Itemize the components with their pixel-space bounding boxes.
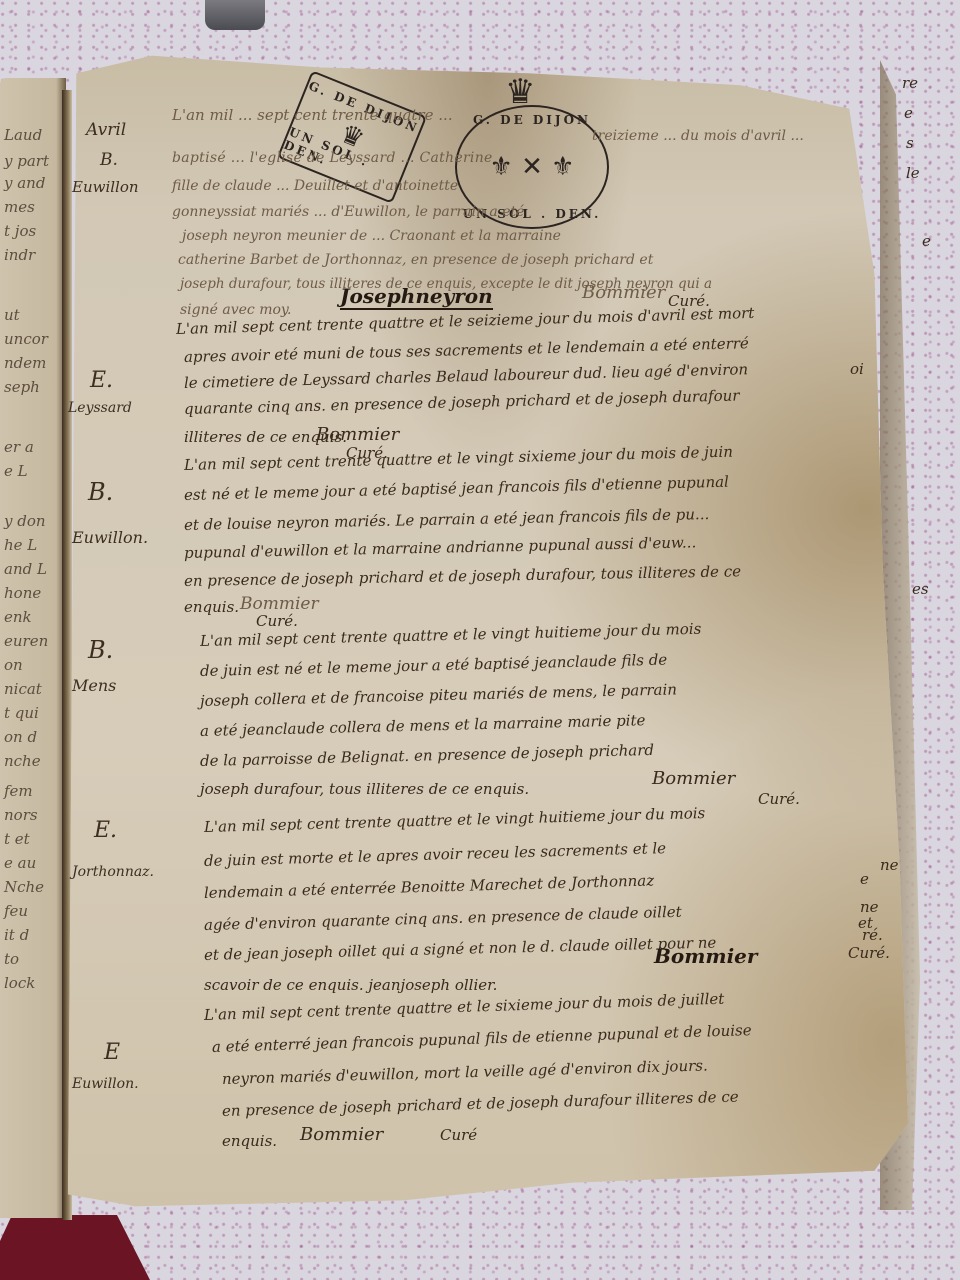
entry-line: joseph durafour, tous illiteres de ce en… bbox=[200, 780, 529, 798]
margin-note: Euwillon bbox=[72, 178, 139, 196]
entry-line: baptisé ... l'eglise de Leyssard ... Cat… bbox=[172, 150, 493, 166]
left-fragment: euren bbox=[4, 632, 48, 650]
signature-joseph-neyron: Josephneyron bbox=[340, 284, 493, 310]
left-fragment: y don bbox=[4, 512, 46, 530]
left-fragment: uncor bbox=[4, 330, 48, 348]
margin-note-place: Jorthonnaz. bbox=[72, 864, 154, 880]
left-fragment: e L bbox=[4, 462, 28, 480]
entry-line: enquis. bbox=[184, 598, 239, 616]
margin-note-place: Euwillon. bbox=[72, 528, 148, 547]
left-fragment: enk bbox=[4, 608, 32, 626]
cure-title: Curé. bbox=[848, 944, 890, 962]
right-fragment: e bbox=[922, 232, 931, 250]
left-fragment: to bbox=[4, 950, 19, 968]
entry-line: fille de claude ... Deuillet et d'antoin… bbox=[172, 178, 458, 194]
signature-bommier: Bommier bbox=[652, 768, 735, 789]
margin-note: Avril bbox=[86, 120, 126, 140]
right-fragment: re bbox=[902, 74, 918, 92]
left-fragment: ut bbox=[4, 306, 20, 324]
margin-note-type: E. bbox=[90, 368, 113, 393]
right-fragment: oi bbox=[850, 360, 864, 378]
fleur-de-lis-icon: ⚜ ✕ ⚜ bbox=[490, 152, 575, 182]
left-fragment: t jos bbox=[4, 222, 36, 240]
margin-note-place: Leyssard bbox=[68, 400, 132, 416]
left-fragment: on d bbox=[4, 728, 37, 746]
cure-title: Curé. bbox=[758, 790, 800, 808]
left-fragment: and L bbox=[4, 560, 47, 578]
margin-note-type: E. bbox=[94, 818, 117, 843]
right-fragment: e bbox=[904, 104, 913, 122]
left-fragment: feu bbox=[4, 902, 28, 920]
entry-line: treizieme ... du mois d'avril ... bbox=[592, 128, 804, 144]
right-fragment: ré. bbox=[862, 926, 883, 944]
margin-note-place: Euwillon. bbox=[72, 1076, 139, 1092]
signature-bommier: Bommier bbox=[654, 944, 757, 968]
margin-note: B. bbox=[100, 150, 118, 170]
right-fragment: s bbox=[906, 134, 914, 152]
left-fragment: indr bbox=[4, 246, 35, 264]
signature-bommier: Bommier bbox=[316, 424, 399, 445]
cure-title: Curé. bbox=[256, 612, 298, 630]
signature-bommier: Bommier bbox=[582, 282, 665, 303]
signature-bommier: Bommier bbox=[240, 594, 319, 614]
margin-note-type: B. bbox=[88, 478, 113, 506]
left-fragment: e au bbox=[4, 854, 36, 872]
right-fragment: ne bbox=[880, 856, 899, 874]
right-fragment: e bbox=[860, 870, 869, 888]
left-fragment: fem bbox=[4, 782, 33, 800]
left-fragment: ndem bbox=[4, 354, 46, 372]
entry-line: joseph neyron meunier de ... Craonant et… bbox=[182, 228, 561, 244]
red-cloth bbox=[0, 1215, 150, 1280]
left-fragment: y part bbox=[4, 152, 49, 170]
left-fragment: y and bbox=[4, 174, 45, 192]
left-fragment: t qui bbox=[4, 704, 39, 722]
left-fragment: nche bbox=[4, 752, 41, 770]
right-fragment: es bbox=[912, 580, 929, 598]
entry-line: L'an mil ... sept cent trente quatre ... bbox=[172, 106, 453, 124]
stamp-text: G. DE DIJON bbox=[473, 113, 591, 127]
right-fragment: le bbox=[906, 164, 920, 182]
left-fragment: Nche bbox=[4, 878, 44, 896]
cure-title: Curé bbox=[440, 1126, 477, 1144]
left-fragment: on bbox=[4, 656, 23, 674]
left-fragment: nors bbox=[4, 806, 38, 824]
entry-line: scavoir de ce enquis. jeanjoseph ollier. bbox=[204, 976, 497, 994]
entry-line: enquis. bbox=[222, 1132, 277, 1150]
entry-line: gonneyssiat mariés ... d'Euwillon, le pa… bbox=[172, 204, 524, 220]
entry-line: catherine Barbet de Jorthonnaz, en prese… bbox=[178, 252, 653, 268]
margin-note-type: E bbox=[104, 1040, 120, 1065]
left-fragment: lock bbox=[4, 974, 35, 992]
metal-clip bbox=[205, 0, 265, 30]
left-fragment: seph bbox=[4, 378, 40, 396]
left-fragment: nicat bbox=[4, 680, 42, 698]
margin-note-place: Mens bbox=[72, 676, 116, 695]
left-fragment: mes bbox=[4, 198, 35, 216]
left-page: Laud y part y and mes t jos indr ut unco… bbox=[0, 78, 66, 1218]
margin-note-type: B. bbox=[88, 636, 113, 664]
entry-line: signé avec moy. bbox=[180, 302, 291, 318]
left-fragment: hone bbox=[4, 584, 41, 602]
left-fragment: he L bbox=[4, 536, 37, 554]
left-fragment: Laud bbox=[4, 126, 42, 144]
left-fragment: t et bbox=[4, 830, 30, 848]
signature-bommier: Bommier bbox=[300, 1124, 383, 1145]
left-fragment: it d bbox=[4, 926, 29, 944]
left-fragment: er a bbox=[4, 438, 34, 456]
